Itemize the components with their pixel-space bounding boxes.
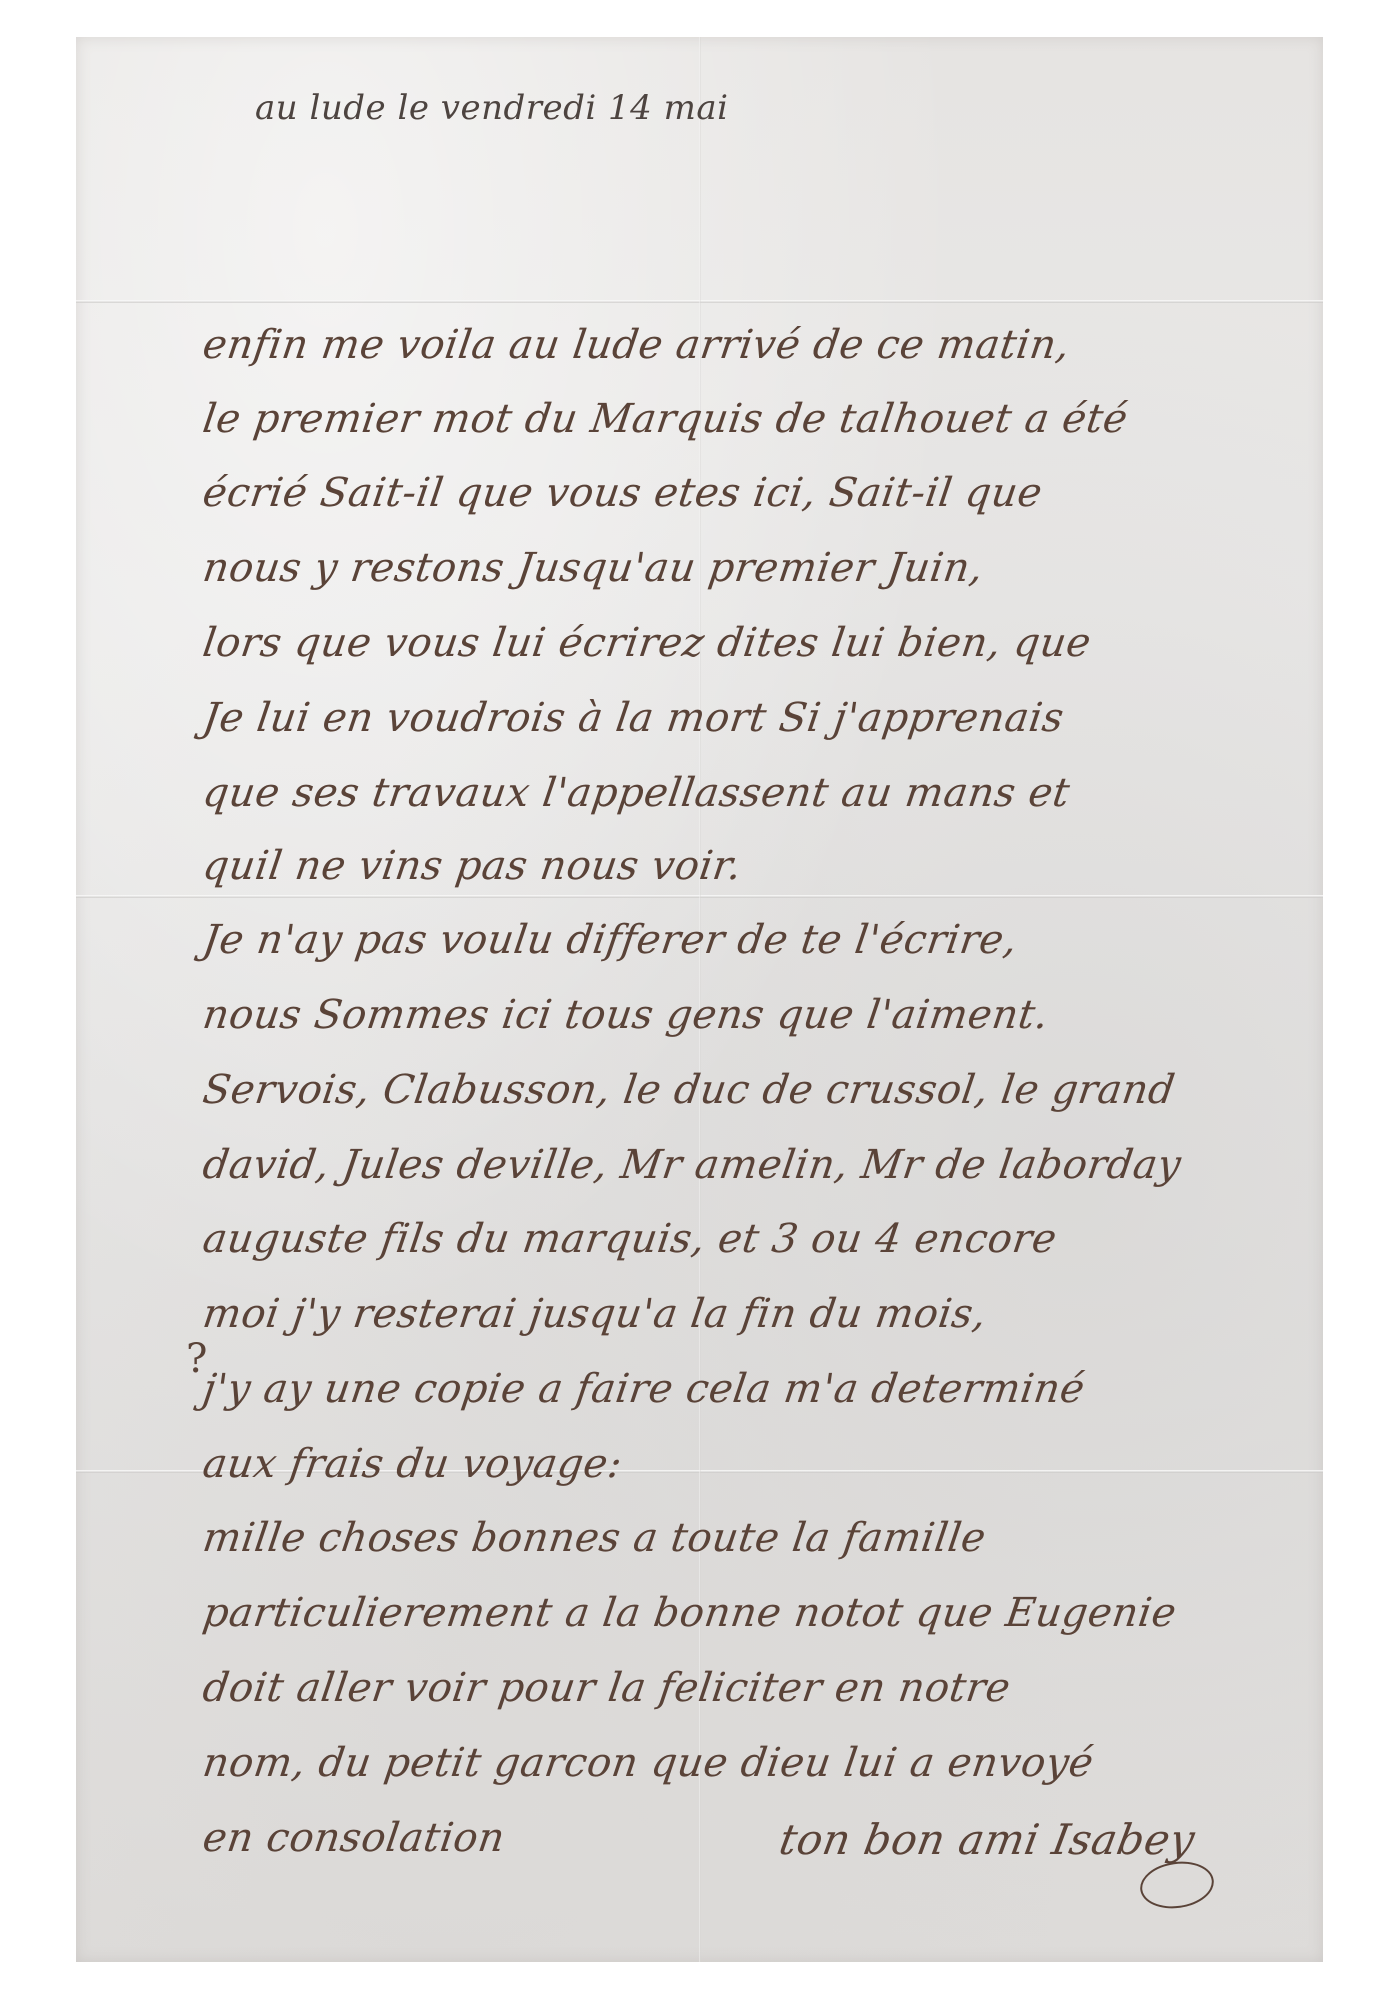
- body-line: Je lui en voudrois à la mort Si j'appren…: [200, 695, 1067, 741]
- body-line: doit aller voir pour la feliciter en not…: [200, 1665, 1013, 1711]
- body-line: en consolation: [200, 1815, 508, 1861]
- body-line: nous y restons Jusqu'au premier Juin,: [200, 545, 986, 591]
- body-line: j'y ay une copie a faire cela m'a determ…: [200, 1366, 1088, 1412]
- body-line: lors que vous lui écrirez dites lui bien…: [200, 620, 1094, 666]
- body-line: nom, du petit garcon que dieu lui a envo…: [200, 1740, 1097, 1786]
- margin-question-mark: ?: [186, 1336, 207, 1382]
- body-line: Servois, Clabusson, le duc de crussol, l…: [200, 1067, 1178, 1113]
- body-line: david, Jules deville, Mr amelin, Mr de l…: [200, 1142, 1184, 1188]
- body-line: nous Sommes ici tous gens que l'aiment.: [200, 992, 1052, 1038]
- dateline: au lude le vendredi 14 mai: [255, 88, 729, 128]
- body-line: enfin me voila au lude arrivé de ce mati…: [200, 322, 1073, 368]
- body-line: auguste fils du marquis, et 3 ou 4 encor…: [200, 1216, 1060, 1262]
- body-line: le premier mot du Marquis de talhouet a …: [200, 396, 1131, 442]
- body-line: particulierement a la bonne notot que Eu…: [200, 1590, 1179, 1636]
- body-line: Je n'ay pas voulu differer de te l'écrir…: [200, 917, 1020, 963]
- body-line: moi j'y resterai jusqu'a la fin du mois,: [200, 1291, 989, 1337]
- body-line: mille choses bonnes a toute la famille: [200, 1515, 989, 1561]
- body-line: aux frais du voyage:: [200, 1441, 625, 1487]
- body-line: que ses travaux l'appellassent au mans e…: [200, 770, 1073, 816]
- body-line: quil ne vins pas nous voir.: [200, 843, 745, 889]
- body-line: écrié Sait-il que vous etes ici, Sait-il…: [200, 470, 1045, 516]
- signature: ton bon ami Isabey: [776, 1815, 1199, 1864]
